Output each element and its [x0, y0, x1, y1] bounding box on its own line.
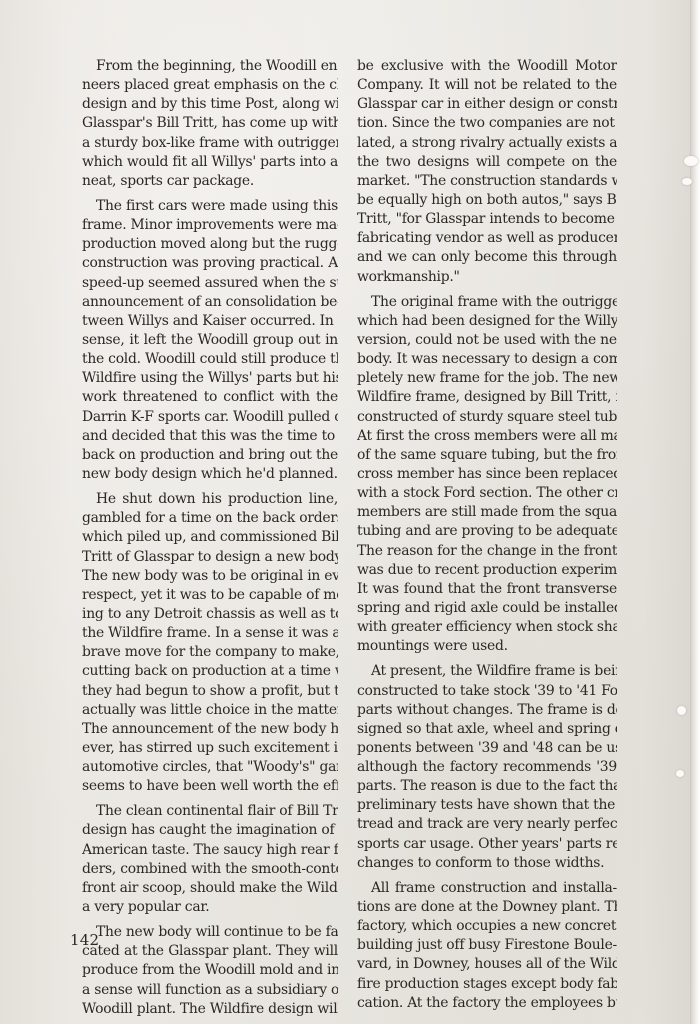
text-line: Woodill plant. The Wildfire design will — [82, 1000, 338, 1019]
text-line: Tritt of Glasspar to design a new body. — [82, 548, 338, 567]
text-line: be equally high on both autos," says Bil… — [357, 191, 617, 210]
text-line: Company. It will not be related to the — [357, 76, 617, 95]
text-line: production moved along but the rugged — [82, 235, 338, 254]
text-line: gambled for a time on the back orders — [82, 509, 338, 528]
page-edge — [690, 0, 700, 1024]
text-line: which would fit all Willys' parts into a — [82, 153, 338, 172]
text-line: frame. Minor improvements were made as — [82, 216, 338, 235]
text-line: Wildfire frame, designed by Bill Tritt, … — [357, 388, 617, 407]
text-line: tions are done at the Downey plant. The — [357, 898, 617, 917]
paragraph: From the beginning, the Woodill engi-nee… — [82, 57, 338, 191]
text-line: produce from the Woodill mold and in — [82, 961, 338, 980]
page-number: 142 — [70, 931, 99, 949]
text-line: cation. At the factory the employees bui… — [357, 994, 617, 1013]
text-line: tion. Since the two companies are not re… — [357, 114, 617, 133]
text-line: Tritt, "for Glasspar intends to become a — [357, 210, 617, 229]
text-line: with a stock Ford section. The other cro… — [357, 484, 617, 503]
text-column-left: From the beginning, the Woodill engi-nee… — [82, 57, 338, 1019]
paper-damage-mark — [677, 706, 686, 715]
text-line: Wildfire using the Willys' parts but his — [82, 369, 338, 388]
text-line: parts. The reason is due to the fact tha… — [357, 777, 617, 796]
text-line: and decided that this was the time to cu… — [82, 427, 338, 446]
text-line: back on production and bring out the — [82, 446, 338, 465]
text-line: of the same square tubing, but the front — [357, 446, 617, 465]
text-line: design has caught the imagination of the — [82, 821, 338, 840]
text-line: brave move for the company to make, — [82, 643, 338, 662]
text-line: which had been designed for the Willys' — [357, 312, 617, 331]
text-line: Glasspar car in either design or constru… — [357, 95, 617, 114]
text-line: a sturdy box-like frame with outriggers, — [82, 134, 338, 153]
text-line: At first the cross members were all made — [357, 427, 617, 446]
text-line: American taste. The saucy high rear fen- — [82, 841, 338, 860]
text-line: workmanship." — [357, 268, 617, 287]
text-line: parts without changes. The frame is de- — [357, 701, 617, 720]
text-line: All frame construction and installa- — [357, 879, 617, 898]
text-line: The first cars were made using this — [82, 197, 338, 216]
text-line: a sense will function as a subsidiary of… — [82, 981, 338, 1000]
text-line: version, could not be used with the new — [357, 331, 617, 350]
text-column-right: be exclusive with the Woodill MotorCompa… — [357, 57, 617, 1013]
text-line: neat, sports car package. — [82, 172, 338, 191]
text-line: automotive circles, that "Woody's" gambl… — [82, 758, 338, 777]
magazine-page: From the beginning, the Woodill engi-nee… — [0, 0, 700, 1024]
text-line: with greater efficiency when stock shack… — [357, 618, 617, 637]
text-line: market. "The construction standards will — [357, 172, 617, 191]
text-line: Glasspar's Bill Tritt, has come up with — [82, 114, 338, 133]
text-line: ders, combined with the smooth-contoured — [82, 860, 338, 879]
text-line: building just off busy Firestone Boule- — [357, 936, 617, 955]
text-line: they had begun to show a profit, but the… — [82, 682, 338, 701]
text-line: fire production stages except body fabri… — [357, 975, 617, 994]
text-line: ever, has stirred up such excitement in — [82, 739, 338, 758]
text-line: The announcement of the new body how- — [82, 720, 338, 739]
paper-damage-mark — [684, 156, 698, 166]
text-line: cross member has since been replaced — [357, 465, 617, 484]
text-line: tubing and are proving to be adequate. — [357, 522, 617, 541]
text-line: design and by this time Post, along with — [82, 95, 338, 114]
text-line: lated, a strong rivalry actually exists … — [357, 134, 617, 153]
text-line: The new body was to be original in every — [82, 567, 338, 586]
paragraph: All frame construction and installa-tion… — [357, 879, 617, 1013]
text-line: construction was proving practical. A — [82, 254, 338, 273]
text-line: cated at the Glasspar plant. They will — [82, 942, 338, 961]
text-line: mountings were used. — [357, 637, 617, 656]
text-line: work threatened to conflict with the — [82, 388, 338, 407]
paragraph: He shut down his production line,gambled… — [82, 490, 338, 796]
text-line: He shut down his production line, — [82, 490, 338, 509]
text-line: which piled up, and commissioned Bill — [82, 528, 338, 547]
text-line: be exclusive with the Woodill Motor — [357, 57, 617, 76]
text-line: neers placed great emphasis on the chass… — [82, 76, 338, 95]
text-line: respect, yet it was to be capable of mou… — [82, 586, 338, 605]
text-line: the two designs will compete on the — [357, 153, 617, 172]
text-line: spring and rigid axle could be installed — [357, 599, 617, 618]
text-line: a very popular car. — [82, 898, 338, 917]
paragraph: At present, the Wildfire frame is beingc… — [357, 662, 617, 873]
paragraph: be exclusive with the Woodill MotorCompa… — [357, 57, 617, 287]
text-line: The original frame with the outriggers, — [357, 293, 617, 312]
text-line: At present, the Wildfire frame is being — [357, 662, 617, 681]
text-line: The clean continental flair of Bill Trit… — [82, 802, 338, 821]
text-line: signed so that axle, wheel and spring co… — [357, 720, 617, 739]
paper-damage-mark — [682, 178, 692, 185]
text-line: the cold. Woodill could still produce th… — [82, 350, 338, 369]
text-line: Darrin K-F sports car. Woodill pulled ou… — [82, 408, 338, 427]
paragraph: The clean continental flair of Bill Trit… — [82, 802, 338, 917]
text-line: preliminary tests have shown that the '3… — [357, 796, 617, 815]
text-line: constructed of sturdy square steel tubin… — [357, 408, 617, 427]
text-line: changes to conform to those widths. — [357, 854, 617, 873]
text-line: sports car usage. Other years' parts req… — [357, 835, 617, 854]
text-line: ponents between '39 and '48 can be used, — [357, 739, 617, 758]
text-line: sense, it left the Woodill group out in — [82, 331, 338, 350]
text-line: members are still made from the square — [357, 503, 617, 522]
text-line: It was found that the front transverse — [357, 580, 617, 599]
text-line: the Wildfire frame. In a sense it was a — [82, 624, 338, 643]
paper-damage-mark — [676, 770, 684, 777]
text-line: constructed to take stock '39 to '41 For… — [357, 682, 617, 701]
paragraph: The first cars were made using thisframe… — [82, 197, 338, 484]
text-line: seems to have been well worth the effort… — [82, 777, 338, 796]
text-line: factory, which occupies a new concrete — [357, 917, 617, 936]
paragraph: The new body will continue to be fabri-c… — [82, 923, 338, 1019]
text-line: tread and track are very nearly perfect … — [357, 815, 617, 834]
text-line: actually was little choice in the matter… — [82, 701, 338, 720]
text-line: speed-up seemed assured when the sudden — [82, 274, 338, 293]
text-line: cutting back on production at a time whe… — [82, 662, 338, 681]
text-line: From the beginning, the Woodill engi- — [82, 57, 338, 76]
text-line: announcement of an consolidation be- — [82, 293, 338, 312]
paragraph: The original frame with the outriggers,w… — [357, 293, 617, 657]
text-line: The reason for the change in the front — [357, 542, 617, 561]
text-line: tween Willys and Kaiser occurred. In a — [82, 312, 338, 331]
text-line: body. It was necessary to design a com- — [357, 350, 617, 369]
text-line: ing to any Detroit chassis as well as to — [82, 605, 338, 624]
text-line: vard, in Downey, houses all of the Wild- — [357, 955, 617, 974]
text-line: and we can only become this through — [357, 248, 617, 267]
text-line: fabricating vendor as well as producer — [357, 229, 617, 248]
text-line: was due to recent production experiments… — [357, 561, 617, 580]
text-line: new body design which he'd planned. — [82, 465, 338, 484]
text-line: pletely new frame for the job. The new — [357, 369, 617, 388]
text-line: front air scoop, should make the Wildfir… — [82, 879, 338, 898]
text-line: The new body will continue to be fabri- — [82, 923, 338, 942]
text-line: although the factory recommends '39 — [357, 758, 617, 777]
